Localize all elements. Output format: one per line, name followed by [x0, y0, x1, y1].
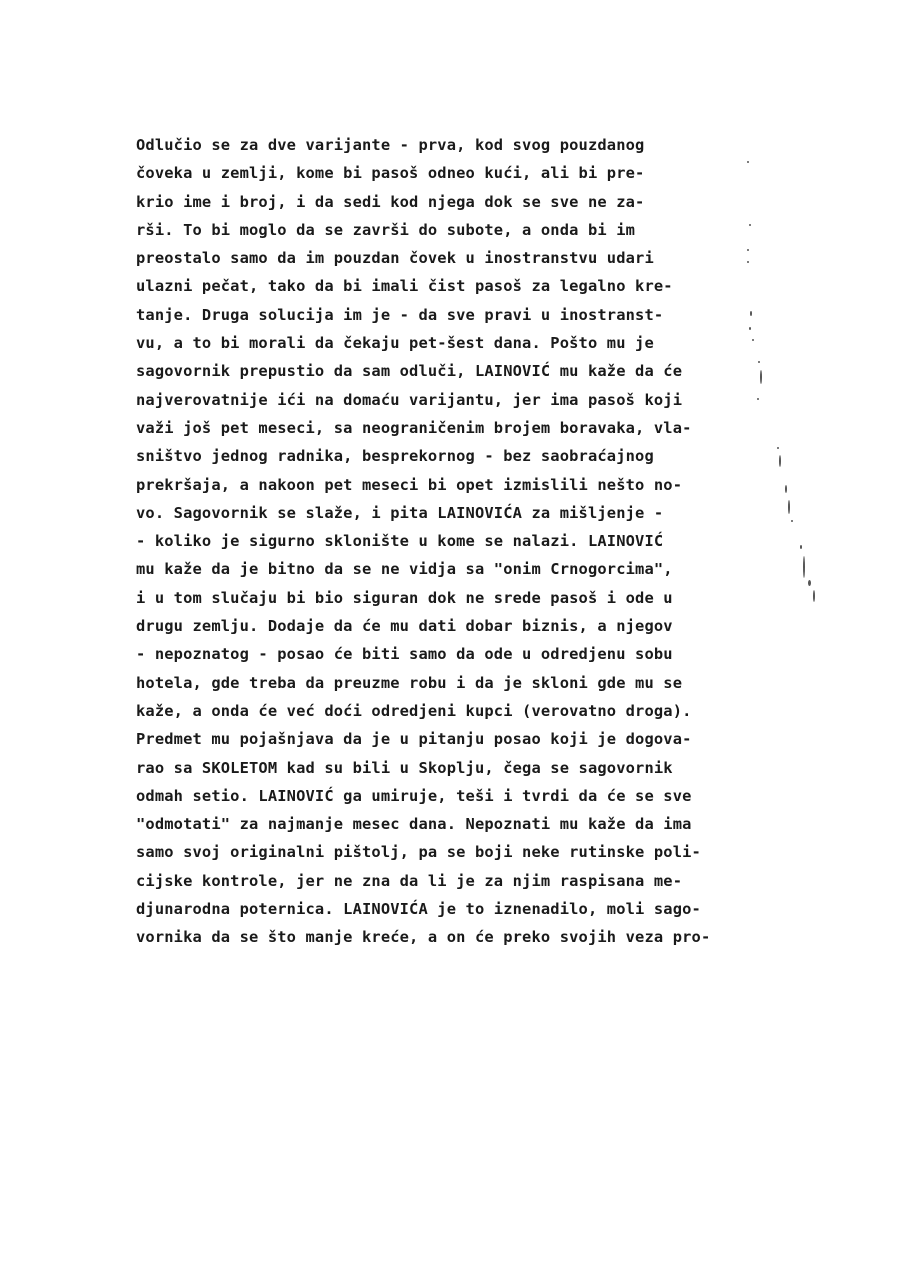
text-line: sagovornik prepustio da sam odluči, LAIN… [136, 357, 776, 385]
text-line: Predmet mu pojašnjava da je u pitanju po… [136, 725, 776, 753]
text-line: sništvo jednog radnika, besprekornog - b… [136, 442, 776, 470]
text-line: Odlučio se za dve varijante - prva, kod … [136, 131, 776, 159]
text-line: odmah setio. LAINOVIĆ ga umiruje, teši i… [136, 782, 776, 810]
text-line: krio ime i broj, i da sedi kod njega dok… [136, 188, 776, 216]
text-line: - koliko je sigurno sklonište u kome se … [136, 527, 776, 555]
text-line: kaže, a onda će već doći odredjeni kupci… [136, 697, 776, 725]
text-line: ulazni pečat, tako da bi imali čist paso… [136, 272, 776, 300]
text-line: tanje. Druga solucija im je - da sve pra… [136, 301, 776, 329]
text-line: - nepoznatog - posao će biti samo da ode… [136, 640, 776, 668]
text-line: rši. To bi moglo da se završi do subote,… [136, 216, 776, 244]
text-line: "odmotati" za najmanje mesec dana. Nepoz… [136, 810, 776, 838]
text-line: vo. Sagovornik se slaže, i pita LAINOVIĆ… [136, 499, 776, 527]
text-line: mu kaže da je bitno da se ne vidja sa "o… [136, 555, 776, 583]
text-line: prekršaja, a nakoon pet meseci bi opet i… [136, 471, 776, 499]
document-body: Odlučio se za dve varijante - prva, kod … [136, 131, 776, 952]
document-page: Odlučio se za dve varijante - prva, kod … [0, 0, 900, 1273]
text-line: čoveka u zemlji, kome bi pasoš odneo kuć… [136, 159, 776, 187]
text-line: i u tom slučaju bi bio siguran dok ne sr… [136, 584, 776, 612]
text-line: vu, a to bi morali da čekaju pet-šest da… [136, 329, 776, 357]
text-line: najverovatnije ići na domaću varijantu, … [136, 386, 776, 414]
text-line: cijske kontrole, jer ne zna da li je za … [136, 867, 776, 895]
text-line: vornika da se što manje kreće, a on će p… [136, 923, 776, 951]
text-line: djunarodna poternica. LAINOVIĆA je to iz… [136, 895, 776, 923]
text-line: preostalo samo da im pouzdan čovek u ino… [136, 244, 776, 272]
text-line: samo svoj originalni pištolj, pa se boji… [136, 838, 776, 866]
text-line: hotela, gde treba da preuzme robu i da j… [136, 669, 776, 697]
text-line: drugu zemlju. Dodaje da će mu dati dobar… [136, 612, 776, 640]
text-line: rao sa SKOLETOM kad su bili u Skoplju, č… [136, 754, 776, 782]
text-line: važi još pet meseci, sa neograničenim br… [136, 414, 776, 442]
